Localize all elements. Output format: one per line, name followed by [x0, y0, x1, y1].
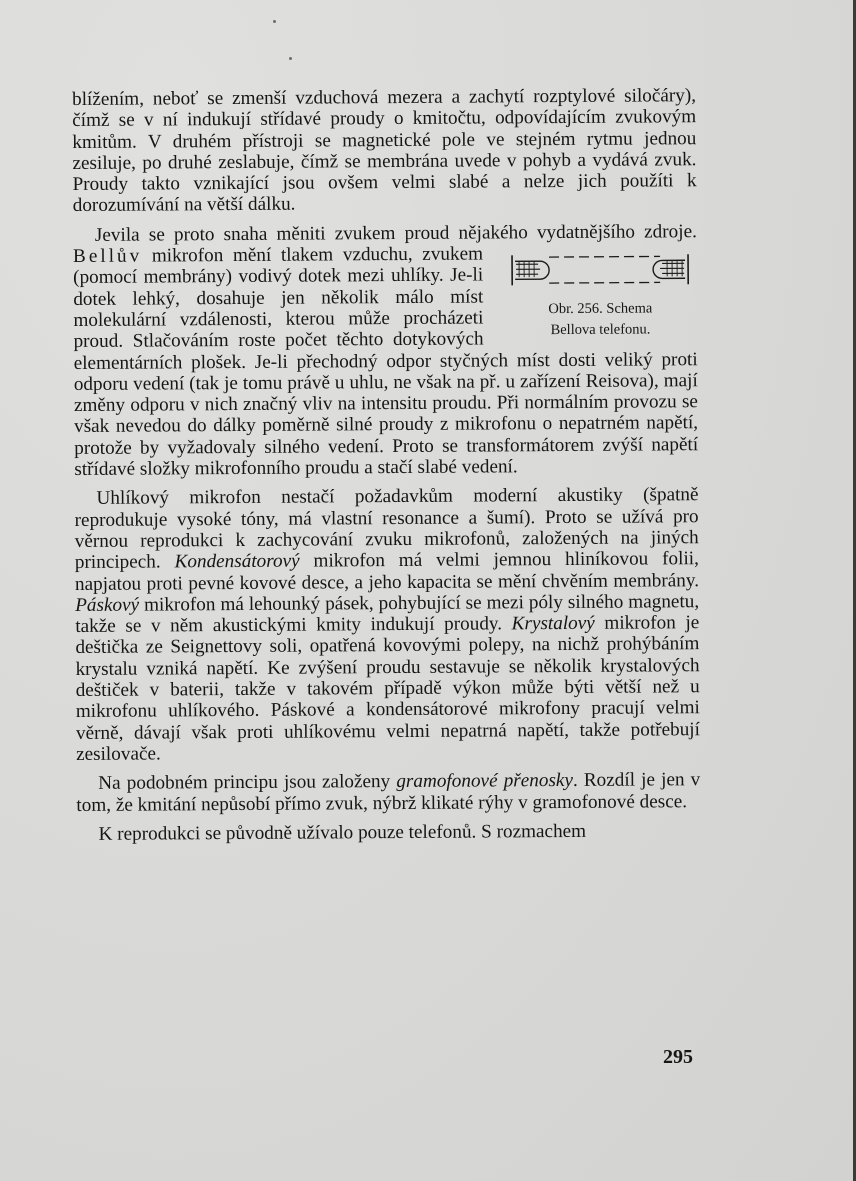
- paragraph-reproduction: K reprodukci se původně užívalo pouze te…: [76, 820, 700, 845]
- paragraph-gramophone-pickups: Na podobném principu jsou založeny gramo…: [76, 769, 700, 815]
- emphasized-term: Páskový: [75, 594, 139, 615]
- caption-line-1: Obr. 256. Schema: [548, 301, 652, 318]
- emphasized-term: Kondensátorový: [174, 551, 299, 573]
- scanned-page: blížením, neboť se zmenší vzduchová meze…: [0, 0, 856, 1181]
- paper-speck: [273, 20, 276, 23]
- emphasized-term: gramofonové přenosky: [396, 770, 573, 792]
- paragraph-text: Jevila se proto snaha měniti zvukem prou…: [95, 221, 697, 246]
- paragraph-continuation: blížením, neboť se zmenší vzduchová meze…: [72, 85, 697, 217]
- emphasized-term: Krystalový: [512, 613, 595, 635]
- figure-caption: Obr. 256. SchemaBellova telefonu.: [548, 301, 652, 339]
- caption-line-2: Bellova telefonu.: [550, 322, 650, 339]
- figure-256: Obr. 256. SchemaBellova telefonu.: [503, 246, 698, 340]
- paragraph-microphone-types: Uhlíkový mikrofon nestačí požadavkům mod…: [74, 485, 700, 766]
- bell-telephone-schematic-icon: [510, 252, 690, 287]
- spaced-term-bell: Bellův: [73, 246, 142, 267]
- body-text: blížením, neboť se zmenší vzduchová meze…: [72, 85, 701, 845]
- paper-speck: [289, 57, 292, 60]
- paragraph-bell-microphone: Jevila se proto snaha měniti zvukem prou…: [73, 221, 699, 480]
- page-number: 295: [663, 1046, 693, 1069]
- paragraph-text: Na podobném principu jsou založeny: [98, 771, 396, 794]
- paragraph-text: mikrofon mění tlakem vzduchu, zvukem: [142, 244, 483, 267]
